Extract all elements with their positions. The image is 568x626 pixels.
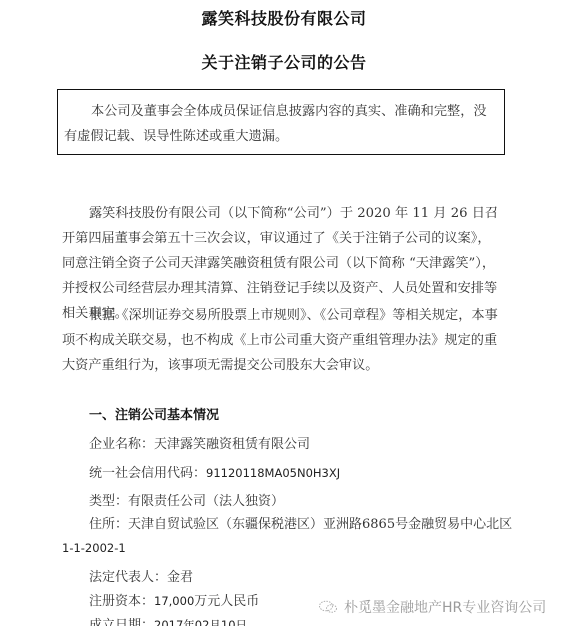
field-label: 住所： [89, 517, 128, 532]
info-established-date: 成立日期：2017年02月10日 [89, 614, 247, 626]
field-label: 统一社会信用代码： [89, 466, 206, 481]
field-label: 注册资本： [89, 594, 154, 609]
field-value-number: 17,000 [154, 594, 194, 608]
info-credit-code: 统一社会信用代码：91120118MA05N0H3XJ [89, 462, 340, 481]
field-label: 法定代表人： [89, 570, 167, 585]
info-company-name: 企业名称：天津露笑融资租赁有限公司 [89, 433, 310, 452]
disclaimer-box: 本公司及董事会全体成员保证信息披露内容的真实、准确和完整，没有虚假记载、误导性陈… [57, 89, 505, 155]
field-value: 金君 [167, 570, 193, 585]
info-company-type: 类型：有限责任公司（法人独资） [89, 490, 284, 509]
field-value: 天津露笑融资租赁有限公司 [154, 437, 310, 452]
field-label: 企业名称： [89, 437, 154, 452]
info-address: 住所：天津自贸试验区（东疆保税港区）亚洲路6865号金融贸易中心北区 [89, 513, 512, 532]
field-value: 91120118MA05N0H3XJ [206, 466, 340, 480]
info-registered-capital: 注册资本：17,000万元人民币 [89, 590, 259, 609]
info-legal-representative: 法定代表人：金君 [89, 566, 193, 585]
field-value: 天津自贸试验区（东疆保税港区）亚洲路6865号金融贸易中心北区 [128, 517, 512, 532]
disclaimer-text: 本公司及董事会全体成员保证信息披露内容的真实、准确和完整，没有虚假记载、误导性陈… [64, 99, 498, 149]
field-label: 成立日期： [89, 618, 154, 626]
notice-title: 关于注销子公司的公告 [0, 50, 568, 73]
field-value: 2017年02月10日 [154, 618, 247, 626]
watermark-text: 朴觅墨金融地产HR专业咨询公司 [344, 597, 546, 617]
section-heading: 一、注销公司基本情况 [89, 404, 219, 423]
info-address-continuation: 1-1-2002-1 [62, 541, 126, 555]
body-paragraph-2: 根据《深圳证券交易所股票上市规则》、《公司章程》等相关规定，本事项不构成关联交易… [62, 303, 502, 378]
field-value-unit: 万元人民币 [194, 594, 259, 609]
company-title: 露笑科技股份有限公司 [0, 6, 568, 29]
watermark: 朴觅墨金融地产HR专业咨询公司 [318, 597, 546, 617]
field-label: 类型： [89, 494, 128, 509]
wechat-bubble-icon [318, 600, 338, 614]
field-value: 有限责任公司（法人独资） [128, 494, 284, 509]
